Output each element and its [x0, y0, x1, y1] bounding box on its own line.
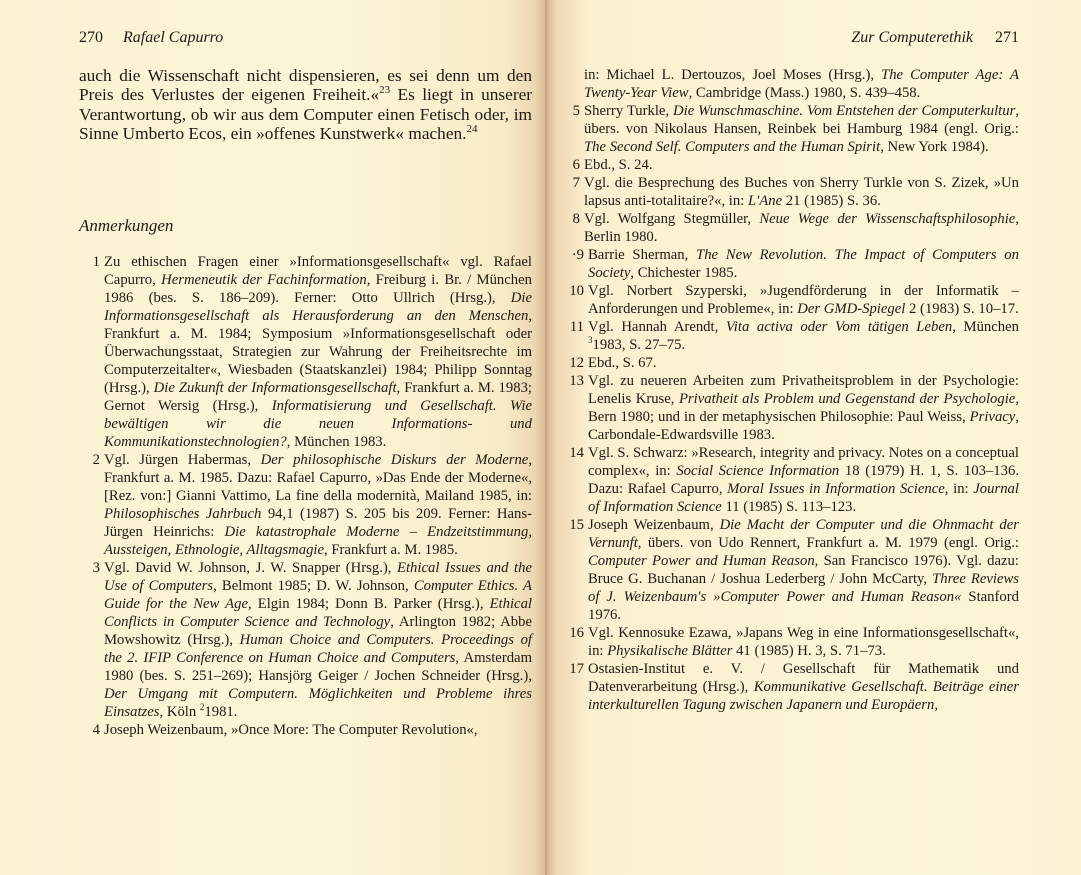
right-notes-list: in: Michael L. Dertouzos, Joel Moses (Hr…	[566, 66, 1019, 714]
text-run: 2 (1983) S. 10–17.	[905, 301, 1018, 317]
text-run: Vgl. Hannah Arendt,	[588, 319, 726, 335]
footnote-16: 16Vgl. Kennosuke Ezawa, »Japans Weg in e…	[566, 624, 1019, 660]
footnote-text: Vgl. Hannah Arendt, Vita activa oder Vom…	[588, 319, 1019, 353]
footnote-text: Sherry Turkle, Die Wunschmaschine. Vom E…	[584, 103, 1019, 155]
text-run: Vgl. Wolfgang Stegmüller,	[584, 211, 759, 227]
footnote-text: Vgl. S. Schwarz: »Research, integrity an…	[588, 445, 1019, 515]
right-page: Zur Computerethik271 in: Michael L. Dert…	[546, 0, 1081, 875]
right-running-head: Zur Computerethik271	[851, 29, 1019, 47]
left-page: 270Rafael Capurro auch die Wissenschaft …	[0, 0, 546, 875]
footnote-8: 8Vgl. Wolfgang Stegmüller, Neue Wege der…	[566, 210, 1019, 246]
text-run: Ebd., S. 67.	[588, 355, 657, 371]
italic-title: L'Ane	[748, 193, 782, 209]
left-notes-list: 1Zu ethischen Fragen einer »Informations…	[86, 253, 532, 739]
text-run: 41 (1985) H. 3, S. 71–73.	[732, 643, 885, 659]
footnote-text: Vgl. Kennosuke Ezawa, »Japans Weg in ein…	[588, 625, 1019, 659]
footnote-text: Vgl. zu neueren Arbeiten zum Privatheits…	[588, 373, 1019, 443]
text-run: Sherry Turkle,	[584, 103, 673, 119]
footnote-text: Vgl. Jürgen Habermas, Der philosophische…	[104, 452, 532, 558]
text-run: 1981.	[204, 704, 237, 720]
text-run: Vgl. Jürgen Habermas,	[104, 452, 261, 468]
footnote-text: Ebd., S. 24.	[584, 157, 653, 173]
footnote-6: 6Ebd., S. 24.	[566, 156, 1019, 174]
footnote-number: 6	[566, 156, 580, 174]
footnote-number: 17	[566, 660, 584, 678]
footnote-9: ·9Barrie Sherman, The New Revolution. Th…	[566, 246, 1019, 282]
footnote-number: 3	[86, 559, 100, 577]
text-run: 11 (1985) S. 113–123.	[722, 499, 856, 515]
footnote-11: 11Vgl. Hannah Arendt, Vita activa oder V…	[566, 318, 1019, 354]
footnote-text: Vgl. die Besprechung des Buches von Sher…	[584, 175, 1019, 209]
footnote-number: 14	[566, 444, 584, 462]
superscript: 24	[466, 123, 477, 135]
footnote-text: Joseph Weizenbaum, Die Macht der Compute…	[588, 517, 1019, 623]
text-run: Joseph Weizenbaum,	[588, 517, 720, 533]
italic-title: Die Zukunft der Informationsgesellschaft	[154, 380, 397, 396]
footnote-number: 1	[86, 253, 100, 271]
text-run: , Frankfurt a. M. 1985.	[324, 542, 458, 558]
footnote-14: 14Vgl. S. Schwarz: »Research, integrity …	[566, 444, 1019, 516]
left-running-head: 270Rafael Capurro	[79, 29, 223, 47]
text-run: , München	[952, 319, 1019, 335]
book-spread: 270Rafael Capurro auch die Wissenschaft …	[0, 0, 1081, 875]
right-page-number: 271	[995, 29, 1019, 46]
footnote-number: 10	[566, 282, 584, 300]
text-run: , Köln	[160, 704, 200, 720]
note-4-continuation: in: Michael L. Dertouzos, Joel Moses (Hr…	[566, 66, 1019, 102]
footnote-4: 4Joseph Weizenbaum, »Once More: The Comp…	[86, 721, 532, 739]
italic-title: Physikalische Blätter	[607, 643, 732, 659]
footnote-text: Vgl. Norbert Szyperski, »Jugendförderung…	[588, 283, 1019, 317]
footnote-text: Barrie Sherman, The New Revolution. The …	[588, 247, 1019, 281]
footnote-number: 4	[86, 721, 100, 739]
footnote-number: 2	[86, 451, 100, 469]
text-run: Barrie Sherman,	[588, 247, 696, 263]
left-page-number: 270	[79, 29, 103, 46]
footnote-number: 7	[566, 174, 580, 192]
italic-title: Privacy	[970, 409, 1016, 425]
italic-title: Moral Issues in Information Science	[727, 481, 945, 497]
footnote-text: Ostasien-Institut e. V. / Gesellschaft f…	[588, 661, 1019, 713]
footnote-text: Ebd., S. 67.	[588, 355, 657, 371]
left-running-title: Rafael Capurro	[123, 29, 223, 46]
italic-title: Social Science Information	[676, 463, 839, 479]
footnote-text: Zu ethischen Fragen einer »Informationsg…	[104, 254, 532, 450]
italic-title: The Second Self. Computers and the Human…	[584, 139, 880, 155]
right-notes: 5Sherry Turkle, Die Wunschmaschine. Vom …	[566, 102, 1019, 714]
superscript: 23	[379, 85, 390, 97]
footnote-12: 12Ebd., S. 67.	[566, 354, 1019, 372]
italic-title: Die Wunschmaschine. Vom Entstehen der Co…	[673, 103, 1015, 119]
footnote-7: 7Vgl. die Besprechung des Buches von She…	[566, 174, 1019, 210]
text-run: , New York 1984).	[880, 139, 989, 155]
section-heading-anmerkungen: Anmerkungen	[79, 216, 173, 236]
footnote-3: 3Vgl. David W. Johnson, J. W. Snapper (H…	[86, 559, 532, 721]
gutter	[545, 0, 547, 875]
footnote-number: 13	[566, 372, 584, 390]
footnote-number: ·9	[566, 246, 584, 264]
text-run: Vgl. David W. Johnson, J. W. Snapper (Hr…	[104, 560, 397, 576]
footnote-number: 16	[566, 624, 584, 642]
italic-title: Neue Wege der Wissenschaftsphilosophie	[759, 211, 1015, 227]
footnote-17: 17Ostasien-Institut e. V. / Gesellschaft…	[566, 660, 1019, 714]
italic-title: Hermeneutik der Fachinformation	[161, 272, 367, 288]
footnote-number: 5	[566, 102, 580, 120]
text-run: , Chichester 1985.	[630, 265, 737, 281]
text-run: , in:	[945, 481, 973, 497]
italic-title: Privatheit als Problem und Gegenstand de…	[679, 391, 1015, 407]
footnote-text: Vgl. David W. Johnson, J. W. Snapper (Hr…	[104, 560, 532, 720]
italic-title: Vita activa oder Vom tätigen Leben	[726, 319, 952, 335]
italic-title: Computer Power and Human Reason	[588, 553, 815, 569]
right-running-title: Zur Computerethik	[851, 29, 973, 46]
footnote-1: 1Zu ethischen Fragen einer »Informations…	[86, 253, 532, 451]
body-text: auch die Wissenschaft nicht dispensieren…	[79, 66, 532, 144]
footnote-number: 8	[566, 210, 580, 228]
footnote-number: 12	[566, 354, 584, 372]
text-run: Joseph Weizenbaum, »Once More: The Compu…	[104, 722, 478, 738]
text-run: Ebd., S. 24.	[584, 157, 653, 173]
italic-title: Der philosophische Diskurs der Moderne	[261, 452, 529, 468]
text-run: 21 (1985) S. 36.	[782, 193, 881, 209]
text-run: , übers. von Udo Rennert, Frankfurt a. M…	[638, 535, 1019, 551]
footnote-15: 15Joseph Weizenbaum, Die Macht der Compu…	[566, 516, 1019, 624]
italic-title: Der GMD-Spiegel	[797, 301, 905, 317]
footnote-5: 5Sherry Turkle, Die Wunschmaschine. Vom …	[566, 102, 1019, 156]
footnote-2: 2Vgl. Jürgen Habermas, Der philosophisch…	[86, 451, 532, 559]
italic-title: Philosophisches Jahrbuch	[104, 506, 261, 522]
footnote-number: 15	[566, 516, 584, 534]
text-run: in: Michael L. Dertouzos, Joel Moses (Hr…	[584, 67, 881, 83]
text-run: , München 1983.	[287, 434, 387, 450]
footnote-text: Vgl. Wolfgang Stegmüller, Neue Wege der …	[584, 211, 1019, 245]
footnote-number: 11	[566, 318, 584, 336]
footnote-text: Joseph Weizenbaum, »Once More: The Compu…	[104, 722, 478, 738]
footnote-13: 13Vgl. zu neueren Arbeiten zum Privathei…	[566, 372, 1019, 444]
text-run: , Elgin 1984; Donn B. Parker (Hrsg.),	[248, 596, 490, 612]
text-run: , Belmont 1985; D. W. Johnson,	[213, 578, 414, 594]
text-run: , Cambridge (Mass.) 1980, S. 439–458.	[689, 85, 921, 101]
text-run: 1983, S. 27–75.	[593, 337, 686, 353]
footnote-10: 10Vgl. Norbert Szyperski, »Jugendförderu…	[566, 282, 1019, 318]
